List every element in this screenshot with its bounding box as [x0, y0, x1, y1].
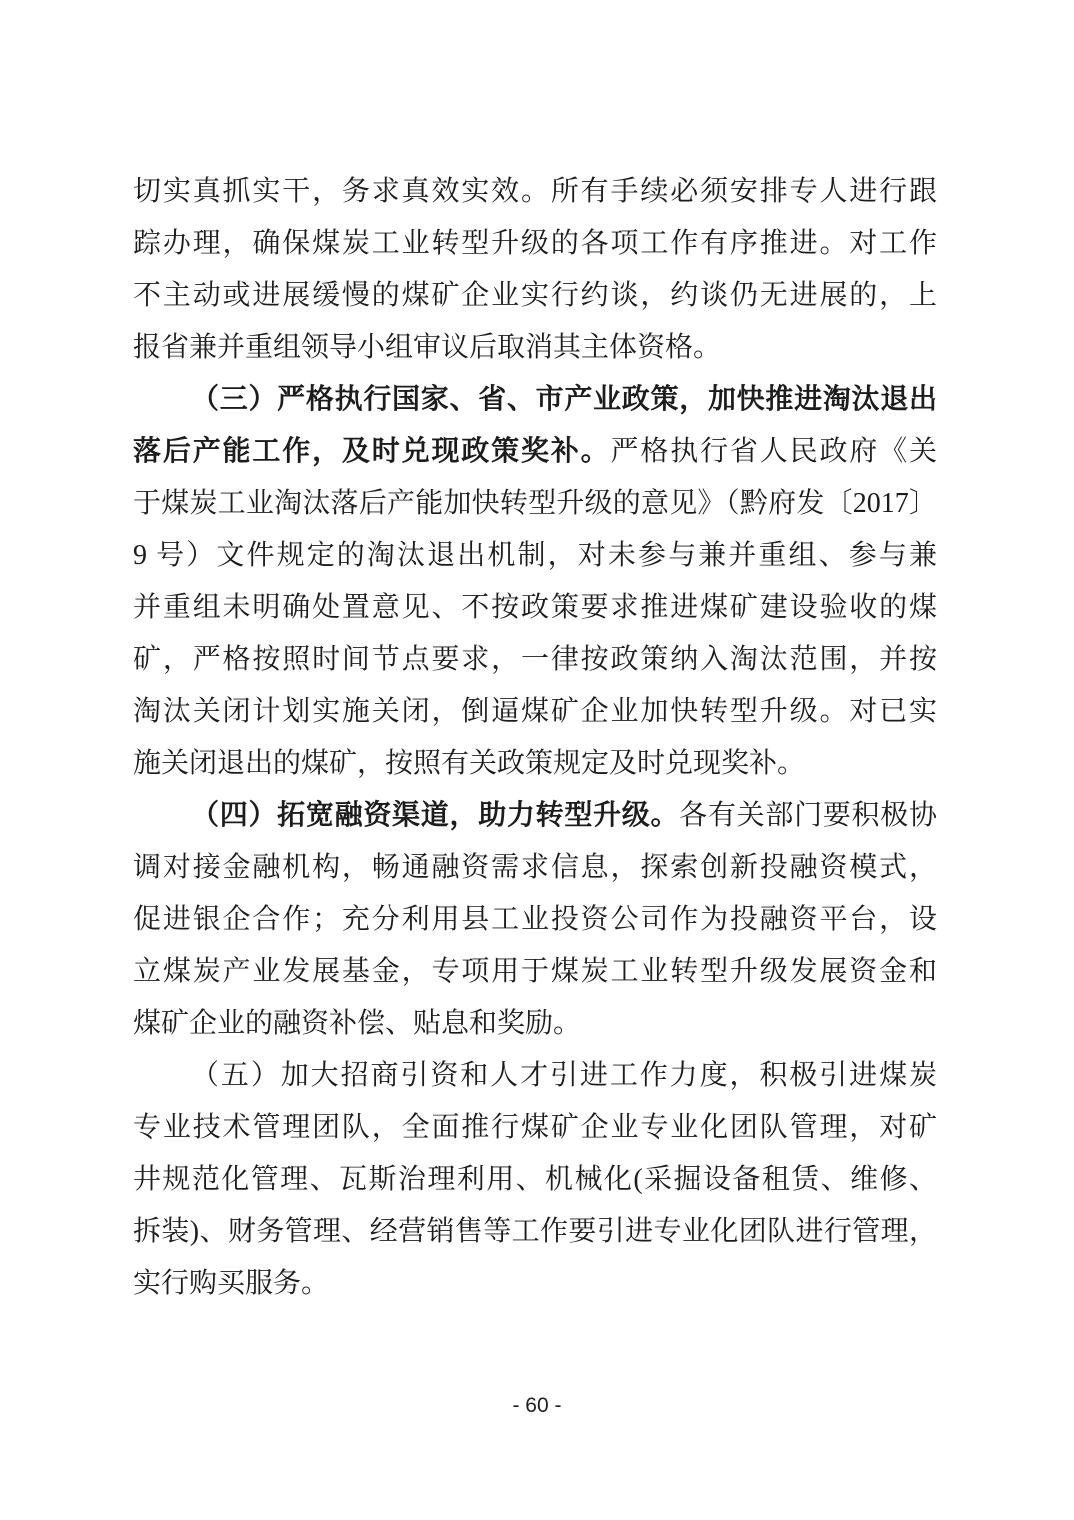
text-segment: 不主动或进展缓慢的煤矿企业实行约谈，约谈仍无进展的，上 — [133, 280, 937, 311]
text-line: （五）加大招商引资和人才引进工作力度，积极引进煤炭 — [133, 1050, 937, 1102]
text-segment: 拆装)、财务管理、经营销售等工作要引进专业化团队进行管理， — [133, 1216, 937, 1247]
text-line: 落后产能工作，及时兑现政策奖补。严格执行省人民政府《关 — [133, 426, 937, 478]
text-line: 施关闭退出的煤矿，按照有关政策规定及时兑现奖补。 — [133, 738, 937, 790]
text-segment: （四）拓宽融资渠道，助力转型升级。 — [191, 800, 679, 831]
page-number: - 60 - — [0, 1394, 1074, 1418]
text-segment: 调对接金融机构，畅通融资需求信息，探索创新投融资模式， — [133, 852, 937, 883]
text-segment: 实行购买服务。 — [133, 1268, 329, 1299]
text-line: 并重组未明确处置意见、不按政策要求推进煤矿建设验收的煤 — [133, 582, 937, 634]
text-line: 踪办理，确保煤炭工业转型升级的各项工作有序推进。对工作 — [133, 218, 937, 270]
text-segment: 煤矿企业的融资补偿、贴息和奖励。 — [133, 1008, 581, 1039]
document-body: 切实真抓实干，务求真效实效。所有手续必须安排专人进行跟踪办理，确保煤炭工业转型升… — [133, 166, 937, 1310]
text-line: 切实真抓实干，务求真效实效。所有手续必须安排专人进行跟 — [133, 166, 937, 218]
text-segment: 各有关部门要积极协 — [679, 800, 937, 831]
text-line: 不主动或进展缓慢的煤矿企业实行约谈，约谈仍无进展的，上 — [133, 270, 937, 322]
text-line: 于煤炭工业淘汰落后产能加快转型升级的意见》（黔府发〔2017〕 — [133, 478, 937, 530]
text-line: 9 号）文件规定的淘汰退出机制，对未参与兼并重组、参与兼 — [133, 530, 937, 582]
text-segment: （三）严格执行国家、省、市产业政策，加快推进淘汰退出 — [191, 384, 937, 415]
text-segment: 淘汰关闭计划实施关闭，倒逼煤矿企业加快转型升级。对已实 — [133, 696, 937, 727]
text-segment: 落后产能工作，及时兑现政策奖补。 — [133, 436, 611, 467]
text-line: 促进银企合作；充分利用县工业投资公司作为投融资平台，设 — [133, 894, 937, 946]
text-segment: 专业技术管理团队，全面推行煤矿企业专业化团队管理，对矿 — [133, 1112, 937, 1143]
text-segment: 9 号）文件规定的淘汰退出机制，对未参与兼并重组、参与兼 — [133, 540, 937, 571]
text-line: （三）严格执行国家、省、市产业政策，加快推进淘汰退出 — [133, 374, 937, 426]
text-segment: （五）加大招商引资和人才引进工作力度，积极引进煤炭 — [191, 1060, 937, 1091]
text-segment: 并重组未明确处置意见、不按政策要求推进煤矿建设验收的煤 — [133, 592, 937, 623]
text-segment: 严格执行省人民政府《关 — [611, 436, 937, 467]
text-line: 拆装)、财务管理、经营销售等工作要引进专业化团队进行管理， — [133, 1206, 937, 1258]
text-segment: 切实真抓实干，务求真效实效。所有手续必须安排专人进行跟 — [133, 176, 937, 207]
text-segment: 井规范化管理、瓦斯治理利用、机械化(采掘设备租赁、维修、 — [133, 1164, 937, 1195]
text-line: 报省兼并重组领导小组审议后取消其主体资格。 — [133, 322, 937, 374]
text-segment: 踪办理，确保煤炭工业转型升级的各项工作有序推进。对工作 — [133, 228, 937, 259]
text-line: 淘汰关闭计划实施关闭，倒逼煤矿企业加快转型升级。对已实 — [133, 686, 937, 738]
document-page: 切实真抓实干，务求真效实效。所有手续必须安排专人进行跟踪办理，确保煤炭工业转型升… — [0, 0, 1074, 1520]
text-segment: 立煤炭产业发展基金，专项用于煤炭工业转型升级发展资金和 — [133, 956, 937, 987]
text-line: 实行购买服务。 — [133, 1258, 937, 1310]
text-line: 立煤炭产业发展基金，专项用于煤炭工业转型升级发展资金和 — [133, 946, 937, 998]
text-segment: 矿，严格按照时间节点要求，一律按政策纳入淘汰范围，并按 — [133, 644, 937, 675]
text-segment: 施关闭退出的煤矿，按照有关政策规定及时兑现奖补。 — [133, 748, 805, 779]
text-line: 煤矿企业的融资补偿、贴息和奖励。 — [133, 998, 937, 1050]
text-line: 调对接金融机构，畅通融资需求信息，探索创新投融资模式， — [133, 842, 937, 894]
text-line: 矿，严格按照时间节点要求，一律按政策纳入淘汰范围，并按 — [133, 634, 937, 686]
text-segment: 于煤炭工业淘汰落后产能加快转型升级的意见》（黔府发〔2017〕 — [133, 488, 937, 519]
text-segment: 报省兼并重组领导小组审议后取消其主体资格。 — [133, 332, 721, 363]
text-line: （四）拓宽融资渠道，助力转型升级。各有关部门要积极协 — [133, 790, 937, 842]
text-line: 专业技术管理团队，全面推行煤矿企业专业化团队管理，对矿 — [133, 1102, 937, 1154]
text-segment: 促进银企合作；充分利用县工业投资公司作为投融资平台，设 — [133, 904, 937, 935]
text-line: 井规范化管理、瓦斯治理利用、机械化(采掘设备租赁、维修、 — [133, 1154, 937, 1206]
